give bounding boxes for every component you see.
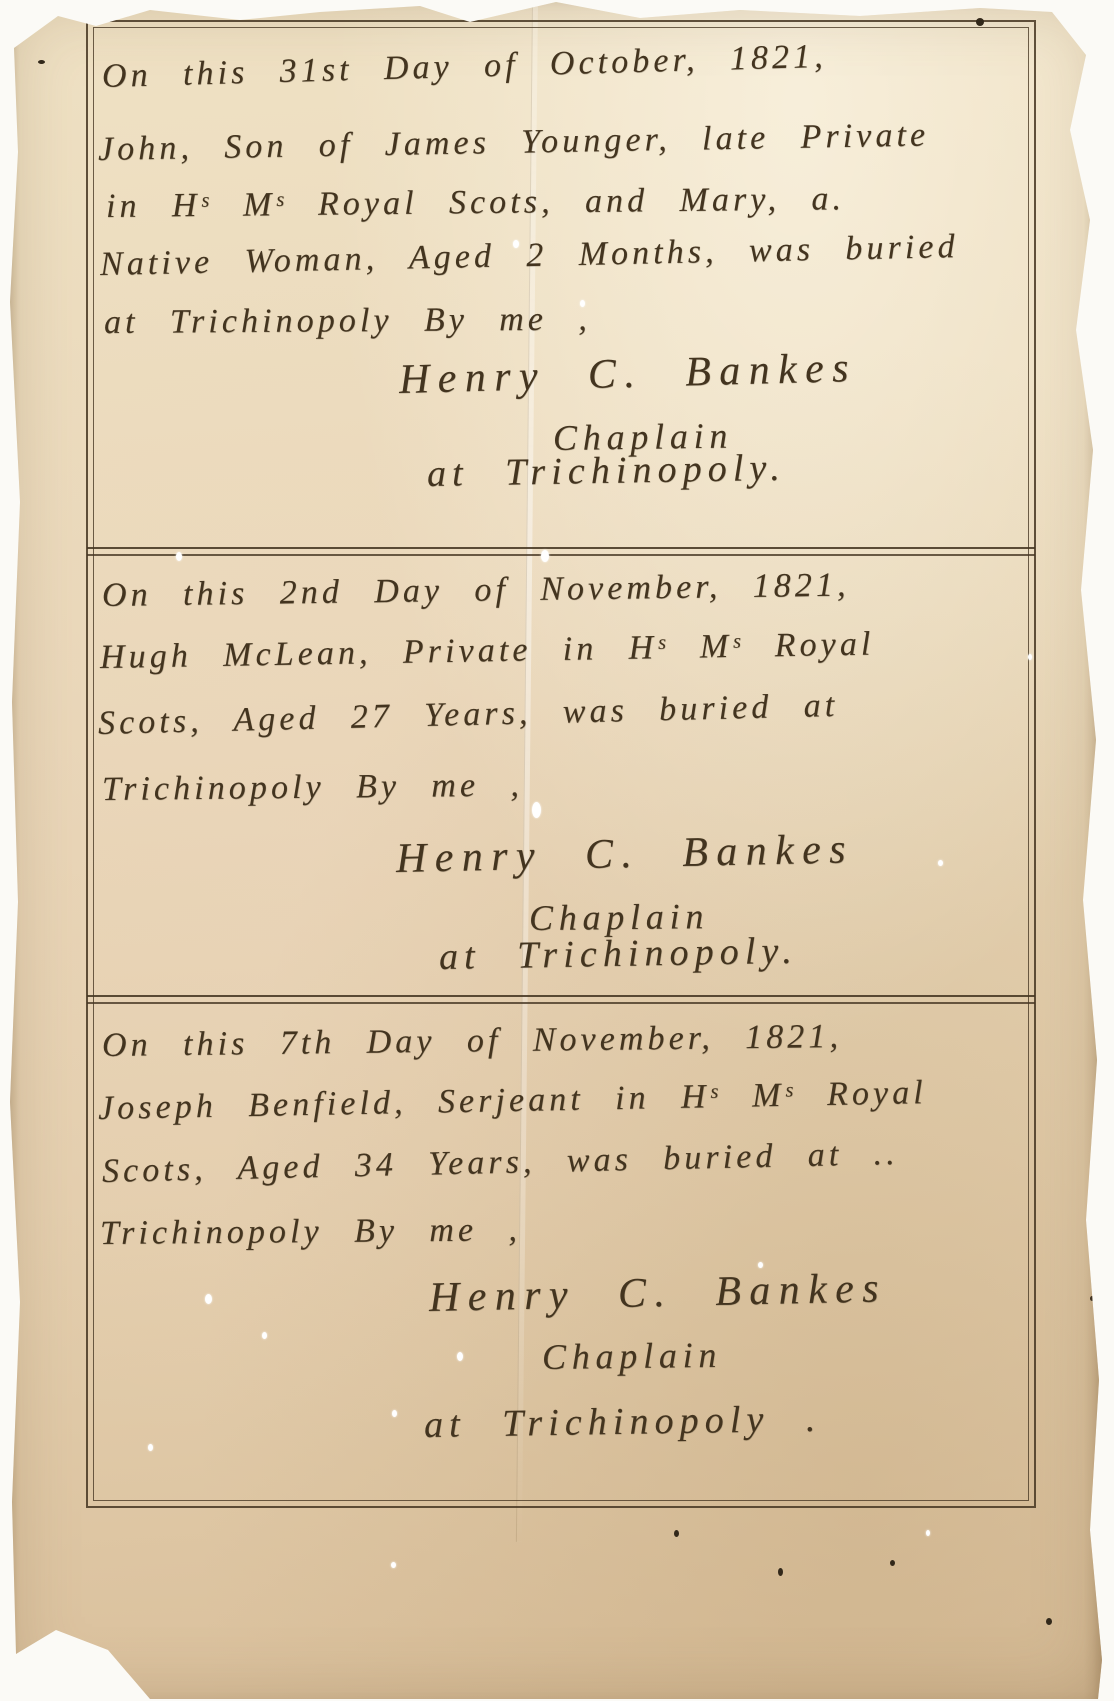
burial-entry-2: On this 2nd Day of November, 1821, Hugh …	[94, 557, 1028, 995]
entry1-line-4: Native Woman, Aged 2 Months, was buried	[100, 228, 959, 284]
paper-hole	[176, 552, 182, 561]
page-border-frame: On this 31st Day of October, 1821, John,…	[86, 20, 1036, 1508]
paper-hole	[457, 1352, 463, 1361]
entry1-line-1: On this 31st Day of October, 1821,	[101, 38, 827, 96]
paper-hole	[148, 1444, 153, 1451]
paper-hole	[1028, 654, 1032, 660]
entry1-line-5: at Trichinopoly By me ,	[104, 301, 591, 342]
page-border-frame-inner: On this 31st Day of October, 1821, John,…	[93, 27, 1029, 1501]
section-divider-1	[87, 547, 1035, 556]
paper-speck	[1090, 1296, 1094, 1301]
paper-hole	[513, 240, 519, 248]
entry3-line-3: Scots, Aged 34 Years, was buried at ..	[102, 1135, 900, 1191]
entry2-signature-name: Henry C. Bankes	[395, 825, 854, 883]
paper-hole	[532, 802, 541, 818]
paper-hole	[391, 1562, 396, 1568]
paper-speck	[674, 1530, 679, 1537]
paper-hole	[205, 1294, 212, 1304]
paper-hole	[926, 1530, 930, 1536]
paper-hole	[938, 860, 943, 866]
paper-hole	[580, 300, 585, 307]
burial-entry-1: On this 31st Day of October, 1821, John,…	[94, 28, 1028, 547]
paper-speck	[778, 1568, 783, 1576]
paper-hole	[392, 1410, 397, 1417]
entry3-line-2: Joseph Benfield, Serjeant in Hˢ Mˢ Royal	[98, 1074, 927, 1128]
paper-speck	[1046, 1618, 1052, 1625]
entry3-line-1: On this 7th Day of November, 1821,	[102, 1018, 843, 1065]
entry2-signature-place: at Trichinopoly.	[439, 929, 799, 979]
entry2-line-2: Hugh McLean, Private in Hˢ Mˢ Royal	[100, 625, 875, 677]
paper-hole	[262, 1332, 267, 1339]
entry2-line-3: Scots, Aged 27 Years, was buried at	[98, 687, 839, 743]
entry1-line-2: John, Son of James Younger, late Private	[98, 116, 930, 169]
paper-speck	[38, 60, 45, 64]
paper-speck	[890, 1560, 895, 1566]
entry1-signature-name: Henry C. Bankes	[398, 344, 857, 404]
entry3-signature-place: at Trichinopoly .	[424, 1397, 822, 1447]
paper-speck	[976, 18, 984, 26]
document-page: On this 31st Day of October, 1821, John,…	[8, 2, 1104, 1701]
paper-hole	[758, 1262, 763, 1268]
paper-hole	[541, 550, 549, 562]
entry1-signature-place: at Trichinopoly.	[427, 446, 787, 496]
entry3-signature-title: Chaplain	[542, 1334, 723, 1378]
burial-entry-3: On this 7th Day of November, 1821, Josep…	[94, 1005, 1028, 1495]
entry1-line-3: in Hˢ Mˢ Royal Scots, and Mary, a.	[106, 180, 845, 226]
entry2-line-4: Trichinopoly By me ,	[102, 767, 523, 809]
entry2-line-1: On this 2nd Day of November, 1821,	[102, 567, 850, 615]
entry3-line-4: Trichinopoly By me ,	[100, 1211, 521, 1253]
entry3-signature-name: Henry C. Bankes	[428, 1264, 887, 1322]
section-divider-2	[87, 995, 1035, 1004]
